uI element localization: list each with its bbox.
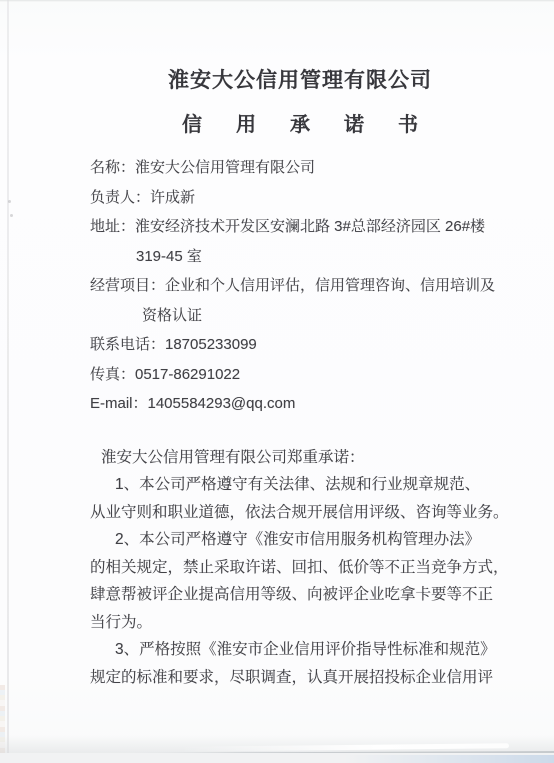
scan-corner-tint-artifact — [344, 755, 554, 763]
pledge-item2-line-3: 肆意帮被评企业提高信用等级、向被评企业吃拿卡要等不正 — [90, 581, 510, 609]
info-address-line-2: 319-45 室 — [90, 242, 510, 272]
info-business-scope-line-1: 经营项目：企业和个人信用评估，信用管理咨询、信用培训及 — [90, 271, 510, 301]
pledge-item3-line-1: 3、严格按照《淮安市企业信用评价指导性标准和规范》 — [90, 636, 510, 664]
scan-top-edge-artifact — [0, 0, 554, 2]
info-name-line: 名称：淮安大公信用管理有限公司 — [90, 153, 510, 183]
document-title: 信用承诺书 — [90, 110, 510, 140]
pledge-item3-line-2: 规定的标准和要求，尽职调查，认真开展招投标企业信用评 — [90, 664, 510, 692]
info-email-line: E-mail：1405584293@qq.com — [90, 389, 510, 419]
info-address-line-1: 地址：淮安经济技术开发区安澜北路 3#总部经济园区 26#楼 — [90, 212, 510, 242]
info-business-scope-line-2: 资格认证 — [90, 301, 510, 331]
info-fax-line: 传真：0517-86291022 — [90, 360, 510, 390]
pledge-item2-line-2: 的相关规定，禁止采取许诺、回扣、低价等不正当竞争方式， — [90, 554, 510, 582]
pledge-item2-line-4: 当行为。 — [90, 609, 510, 637]
pledge-item2-line-1: 2、本公司严格遵守《淮安市信用服务机构管理办法》 — [90, 526, 510, 554]
pledge-block: 淮安大公信用管理有限公司郑重承诺： 1、本公司严格遵守有关法律、法规和行业规章规… — [90, 444, 510, 692]
scanned-credit-commitment-document: 淮安大公信用管理有限公司 信用承诺书 名称：淮安大公信用管理有限公司 负责人：许… — [0, 0, 554, 763]
info-phone-line: 联系电话：18705233099 — [90, 330, 510, 360]
scan-speck-artifact — [8, 200, 11, 203]
company-title: 淮安大公信用管理有限公司 — [90, 64, 510, 98]
pledge-item1-line-1: 1、本公司严格遵守有关法律、法规和行业规章规范、 — [90, 471, 510, 499]
pledge-intro-line: 淮安大公信用管理有限公司郑重承诺： — [90, 444, 510, 472]
scan-left-edge-artifact — [7, 0, 9, 763]
company-info-block: 名称：淮安大公信用管理有限公司 负责人：许成新 地址：淮安经济技术开发区安澜北路… — [90, 153, 510, 419]
document-body: 淮安大公信用管理有限公司 信用承诺书 名称：淮安大公信用管理有限公司 负责人：许… — [90, 64, 510, 691]
pledge-item1-line-2: 从业守则和职业道德，依法合规开展信用评级、咨询等业务。 — [90, 499, 510, 527]
info-principal-line: 负责人：许成新 — [90, 183, 510, 213]
scan-speck-artifact — [10, 214, 13, 217]
